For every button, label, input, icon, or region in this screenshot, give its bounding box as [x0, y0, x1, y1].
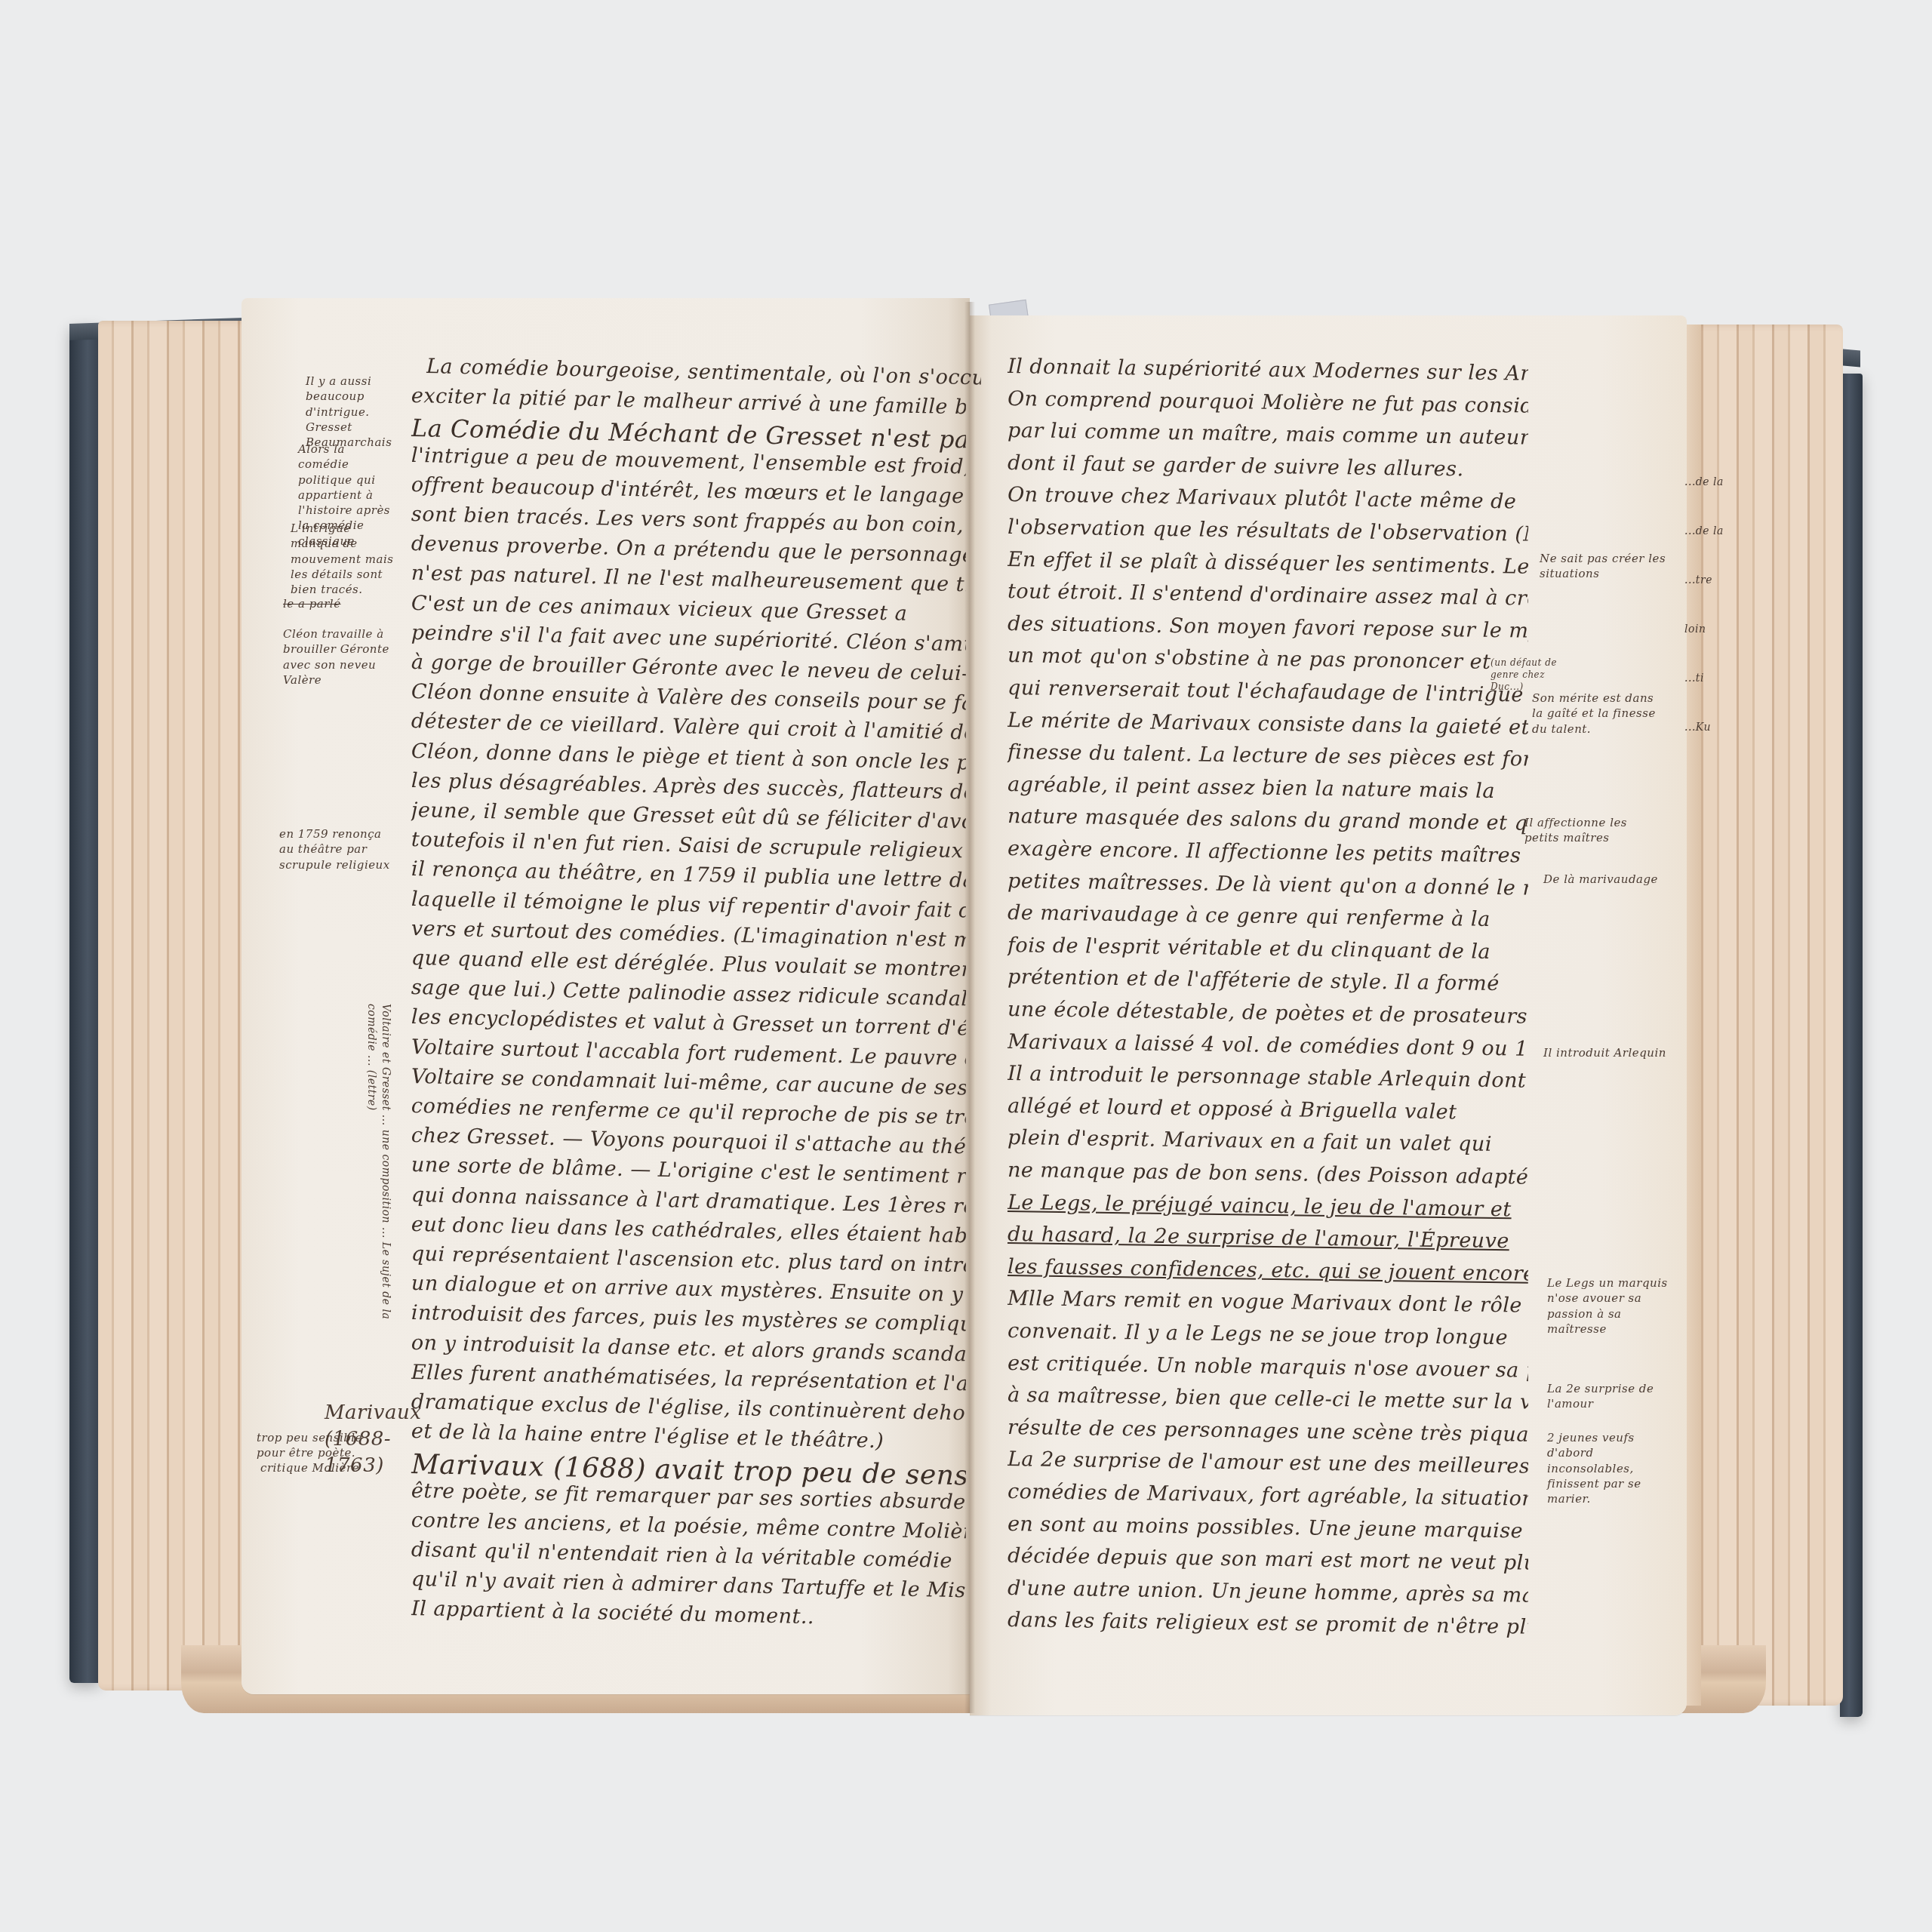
- margin-note: Il affectionne les petits maîtres: [1524, 815, 1653, 846]
- vertical-margin-note: Voltaire et Gresset ... une composition …: [364, 1004, 392, 1321]
- margin-note: Cléon travaille à brouiller Géronte avec…: [283, 626, 396, 688]
- margin-note: Il y a aussi beaucoup d'intrigue. Gresse…: [306, 374, 400, 450]
- edge-note: loin: [1684, 623, 1706, 637]
- margin-note: Le Legs un marquis n'ose avouer sa passi…: [1547, 1275, 1675, 1337]
- edge-note: ...ti: [1684, 672, 1704, 686]
- margin-note: critique Molière: [260, 1460, 381, 1475]
- margin-note: L'intrigue manque de mouvement mais les …: [291, 521, 396, 597]
- photo-scene: La comédie bourgeoise, sentimentale, où …: [0, 0, 1932, 1932]
- margin-note: Ne sait pas créer les situations: [1540, 551, 1668, 582]
- book-cover-right: [1840, 374, 1863, 1717]
- edge-note: ...de la: [1684, 475, 1724, 490]
- margin-note: en 1759 renonça au théâtre par scrupule …: [279, 826, 392, 872]
- margin-note: Il introduit Arlequin: [1543, 1045, 1672, 1060]
- page-stack-left: [98, 321, 249, 1690]
- edge-note: ...Ku: [1684, 721, 1711, 735]
- edge-note: ...tre: [1684, 574, 1712, 588]
- margin-note: De là marivaudage: [1543, 872, 1672, 887]
- margin-note: trop peu sensible pour être poète.: [257, 1430, 392, 1461]
- margin-note: 2 jeunes veufs d'abord inconsolables, fi…: [1547, 1430, 1675, 1506]
- book-cover-left: [69, 325, 100, 1683]
- edge-note: ...de la: [1684, 525, 1724, 539]
- margin-note: le a parlé: [283, 596, 374, 611]
- margin-note: La 2e surprise de l'amour: [1547, 1381, 1675, 1412]
- margin-note: (un défaut de genre chez Duc...): [1491, 657, 1581, 694]
- margin-note: Son mérite est dans la gaîté et la fines…: [1532, 691, 1668, 737]
